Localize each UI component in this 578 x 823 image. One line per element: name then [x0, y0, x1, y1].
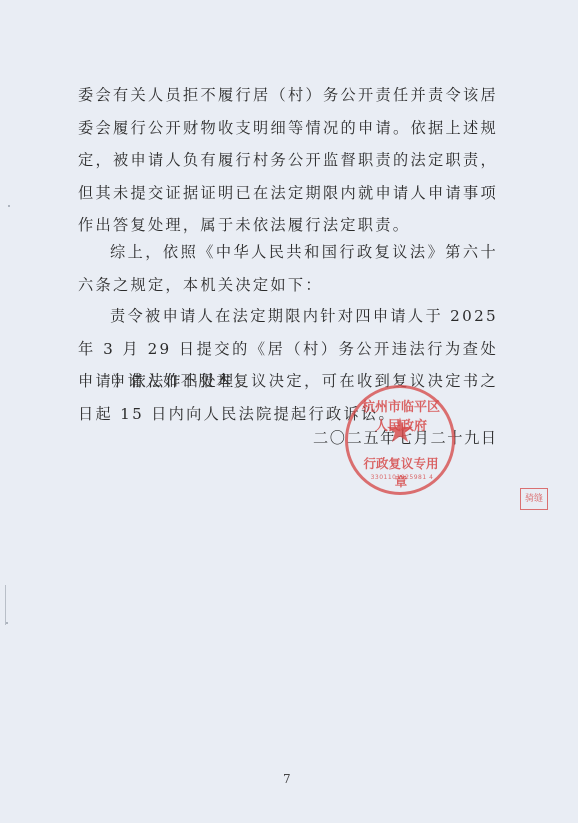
decision-date: 二〇二五年七月二十九日 — [313, 427, 498, 448]
binding-mark — [5, 585, 10, 625]
paragraph-appeal-notice: 申请人如不服本复议决定，可在收到复议决定书之日起 15 日内向人民法院提起行政诉… — [78, 365, 498, 430]
seam-stamp: 骑缝章 — [520, 488, 548, 510]
document-page: 委会有关人员拒不履行居（村）务公开责任并责令该居委会履行公开财物收支明细等情况的… — [0, 0, 578, 823]
scan-speck — [8, 205, 10, 207]
page-number: 7 — [283, 772, 291, 786]
paragraph-findings: 委会有关人员拒不履行居（村）务公开责任并责令该居委会履行公开财物收支明细等情况的… — [78, 79, 498, 242]
scan-speck — [6, 622, 8, 624]
seal-purpose-text: 行政复议专用章 — [358, 454, 444, 490]
paragraph-legal-basis: 综上，依照《中华人民共和国行政复议法》第六十六条之规定，本机关决定如下： — [78, 236, 498, 301]
seal-code: 3301101025981 4 — [362, 474, 442, 481]
